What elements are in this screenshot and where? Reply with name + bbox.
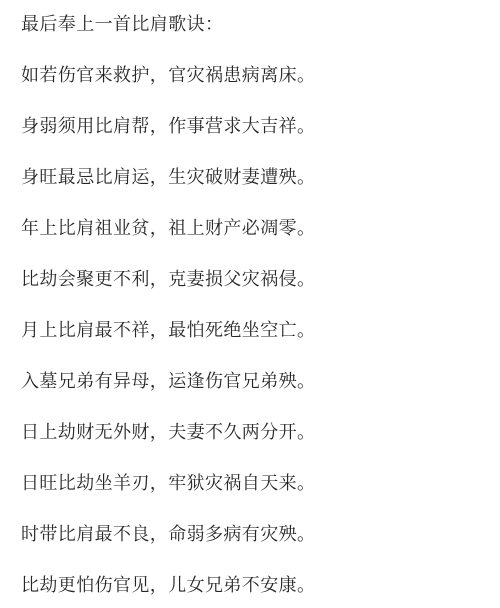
verse-line-3: 身旺最忌比肩运，生灾破财妻遭殃。	[21, 164, 482, 190]
verse-line-9: 日旺比劫坐羊刃，牢狱灾祸自天来。	[21, 470, 482, 496]
document-page: 最后奉上一首比肩歌诀： 如若伤官来救护，官灾祸患病离床。 身弱须用比肩帮，作事营…	[0, 0, 500, 608]
verse-line-6: 月上比肩最不祥，最怕死绝坐空亡。	[21, 317, 482, 343]
document-title: 最后奉上一首比肩歌诀：	[21, 11, 482, 37]
verse-line-8: 日上劫财无外财，夫妻不久两分开。	[21, 419, 482, 445]
verse-line-11: 比劫更怕伤官见，儿女兄弟不安康。	[21, 572, 482, 598]
verse-line-7: 入墓兄弟有异母，运逢伤官兄弟殃。	[21, 368, 482, 394]
verse-line-1: 如若伤官来救护，官灾祸患病离床。	[21, 62, 482, 88]
verse-line-4: 年上比肩祖业贫，祖上财产必凋零。	[21, 215, 482, 241]
verse-line-10: 时带比肩最不良，命弱多病有灾殃。	[21, 521, 482, 547]
verse-line-5: 比劫会聚更不利，克妻损父灾祸侵。	[21, 266, 482, 292]
verse-line-2: 身弱须用比肩帮，作事营求大吉祥。	[21, 113, 482, 139]
